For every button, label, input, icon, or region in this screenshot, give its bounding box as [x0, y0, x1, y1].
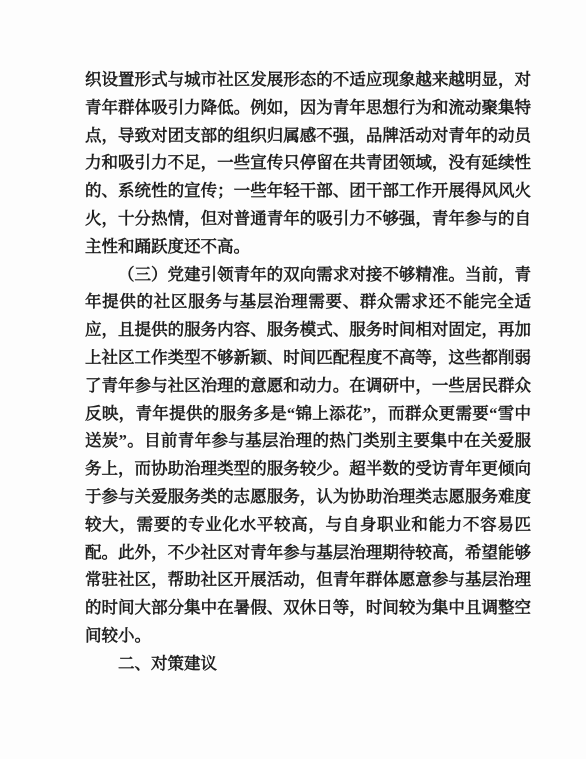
- paragraph-body-text: 当前，青年提供的社区服务与基层治理需要、群众需求还不能完全适应，且提供的服务内容…: [85, 265, 531, 645]
- document-content: 织设置形式与城市社区发展形态的不适应现象越来越明显，对青年群体吸引力降低。例如，…: [85, 66, 531, 678]
- paragraph-lead-sentence: （三）党建引领青年的双向需求对接不够精准。: [118, 265, 465, 284]
- document-page: 织设置形式与城市社区发展形态的不适应现象越来越明显，对青年群体吸引力降低。例如，…: [0, 0, 586, 759]
- paragraph-section-three: （三）党建引领青年的双向需求对接不够精准。当前，青年提供的社区服务与基层治理需要…: [85, 261, 531, 650]
- paragraph-continuation: 织设置形式与城市社区发展形态的不适应现象越来越明显，对青年群体吸引力降低。例如，…: [85, 66, 531, 261]
- section-heading: 二、对策建议: [85, 650, 531, 678]
